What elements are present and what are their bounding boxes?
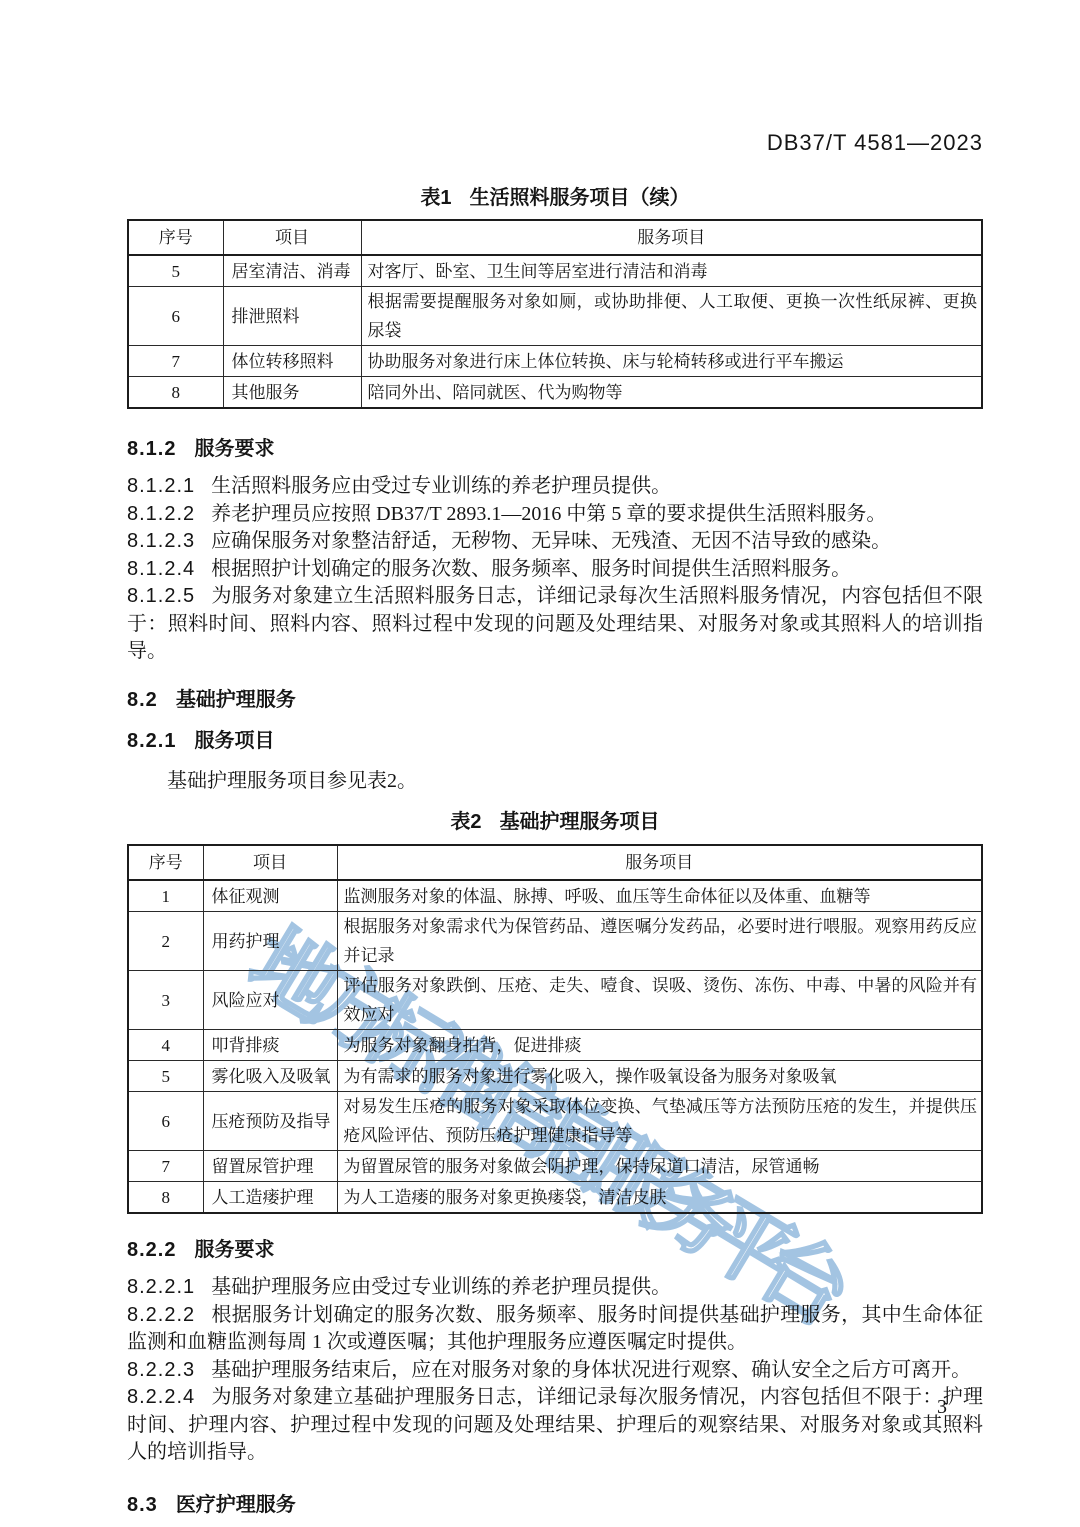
table-row: 6 排泄照料 根据需要提醒服务对象如厕，或协助排便、人工取便、更换一次性纸尿裤、… bbox=[128, 287, 982, 346]
clause-8-2-2-2: 8.2.2.2根据服务计划确定的服务次数、服务频率、服务时间提供基础护理服务，其… bbox=[127, 1302, 983, 1357]
cell-item: 体位转移照料 bbox=[223, 346, 361, 377]
heading-number: 8.2.2 bbox=[127, 1239, 176, 1261]
clause-number: 8.2.2.1 bbox=[127, 1276, 195, 1298]
cell-no: 4 bbox=[128, 1030, 203, 1061]
cell-item: 其他服务 bbox=[223, 377, 361, 409]
cell-desc: 陪同外出、陪同就医、代为购物等 bbox=[361, 377, 982, 409]
cell-item: 体征观测 bbox=[203, 880, 337, 912]
table-row: 3 风险应对 评估服务对象跌倒、压疮、走失、噎食、误吸、烫伤、冻伤、中毒、中暑的… bbox=[128, 971, 982, 1030]
heading-8-2-1: 8.2.1服务项目 bbox=[127, 729, 983, 753]
heading-title: 基础护理服务 bbox=[176, 689, 296, 711]
clause-text: 为服务对象建立基础护理服务日志，详细记录每次服务情况，内容包括但不限于：护理时间… bbox=[127, 1386, 983, 1463]
heading-title: 服务要求 bbox=[194, 1239, 274, 1261]
heading-title: 服务要求 bbox=[194, 438, 274, 460]
table-row: 1 体征观测 监测服务对象的体温、脉搏、呼吸、血压等生命体征以及体重、血糖等 bbox=[128, 880, 982, 912]
clauses-8-2-2: 8.2.2.1基础护理服务应由受过专业训练的养老护理员提供。 8.2.2.2根据… bbox=[127, 1274, 983, 1467]
clause-text: 养老护理员应按照 DB37/T 2893.1—2016 中第 5 章的要求提供生… bbox=[211, 503, 886, 525]
column-header-item: 项目 bbox=[223, 220, 361, 255]
table-row: 8 其他服务 陪同外出、陪同就医、代为购物等 bbox=[128, 377, 982, 409]
clause-text: 生活照料服务应由受过专业训练的养老护理员提供。 bbox=[211, 475, 671, 497]
cell-desc: 根据服务对象需求代为保管药品、遵医嘱分发药品，必要时进行喂服。观察用药反应并记录 bbox=[337, 912, 982, 971]
clause-8-2-2-3: 8.2.2.3基础护理服务结束后，应在对服务对象的身体状况进行观察、确认安全之后… bbox=[127, 1357, 983, 1385]
page-content: DB37/T 4581—2023 表1生活照料服务项目（续） 序号 项目 服务项… bbox=[127, 0, 983, 1517]
column-header-service: 服务项目 bbox=[361, 220, 982, 255]
clause-8-1-2-3: 8.1.2.3应确保服务对象整洁舒适，无秽物、无异味、无残渣、无因不洁导致的感染… bbox=[127, 528, 983, 556]
cell-item: 人工造瘘护理 bbox=[203, 1182, 337, 1214]
cell-item: 排泄照料 bbox=[223, 287, 361, 346]
column-header-no: 序号 bbox=[128, 220, 223, 255]
heading-8-2-2: 8.2.2服务要求 bbox=[127, 1238, 983, 1262]
heading-number: 8.3 bbox=[127, 1494, 158, 1516]
table-row: 8 人工造瘘护理 为人工造瘘的服务对象更换瘘袋，清洁皮肤 bbox=[128, 1182, 982, 1214]
cell-no: 2 bbox=[128, 912, 203, 971]
cell-no: 6 bbox=[128, 287, 223, 346]
clause-number: 8.1.2.4 bbox=[127, 558, 195, 580]
heading-number: 8.2 bbox=[127, 689, 158, 711]
heading-8-2: 8.2基础护理服务 bbox=[127, 688, 983, 712]
table2-caption-label: 表2 bbox=[450, 811, 481, 833]
clause-number: 8.2.2.4 bbox=[127, 1386, 195, 1408]
cell-no: 7 bbox=[128, 346, 223, 377]
heading-8-3: 8.3医疗护理服务 bbox=[127, 1493, 983, 1517]
cell-no: 8 bbox=[128, 1182, 203, 1214]
cell-desc: 对易发生压疮的服务对象采取体位变换、气垫减压等方法预防压疮的发生，并提供压疮风险… bbox=[337, 1092, 982, 1151]
table1-caption: 表1生活照料服务项目（续） bbox=[127, 186, 983, 210]
table-row: 2 用药护理 根据服务对象需求代为保管药品、遵医嘱分发药品，必要时进行喂服。观察… bbox=[128, 912, 982, 971]
heading-title: 医疗护理服务 bbox=[176, 1494, 296, 1516]
table-row: 7 留置尿管护理 为留置尿管的服务对象做会阴护理，保持尿道口清洁，尿管通畅 bbox=[128, 1151, 982, 1182]
column-header-item: 项目 bbox=[203, 845, 337, 880]
clause-number: 8.1.2.3 bbox=[127, 530, 195, 552]
table-header-row: 序号 项目 服务项目 bbox=[128, 845, 982, 880]
cell-item: 叩背排痰 bbox=[203, 1030, 337, 1061]
cell-desc: 为有需求的服务对象进行雾化吸入，操作吸氧设备为服务对象吸氧 bbox=[337, 1061, 982, 1092]
clause-number: 8.1.2.1 bbox=[127, 475, 195, 497]
table-row: 5 居室清洁、消毒 对客厅、卧室、卫生间等居室进行清洁和消毒 bbox=[128, 255, 982, 287]
document-page: 地方标准信息服务平台 DB37/T 4581—2023 表1生活照料服务项目（续… bbox=[0, 0, 1080, 1527]
clauses-8-1-2: 8.1.2.1生活照料服务应由受过专业训练的养老护理员提供。 8.1.2.2养老… bbox=[127, 473, 983, 666]
cell-no: 7 bbox=[128, 1151, 203, 1182]
cell-desc: 评估服务对象跌倒、压疮、走失、噎食、误吸、烫伤、冻伤、中毒、中暑的风险并有效应对 bbox=[337, 971, 982, 1030]
clause-8-1-2-1: 8.1.2.1生活照料服务应由受过专业训练的养老护理员提供。 bbox=[127, 473, 983, 501]
page-number: 3 bbox=[922, 1396, 962, 1419]
table2-caption: 表2基础护理服务项目 bbox=[127, 810, 983, 834]
cell-desc: 协助服务对象进行床上体位转换、床与轮椅转移或进行平车搬运 bbox=[361, 346, 982, 377]
table-basic-nursing-services: 序号 项目 服务项目 1 体征观测 监测服务对象的体温、脉搏、呼吸、血压等生命体… bbox=[127, 844, 983, 1214]
clause-text: 为服务对象建立生活照料服务日志，详细记录每次生活照料服务情况，内容包括但不限于：… bbox=[127, 585, 983, 662]
cell-item: 雾化吸入及吸氧 bbox=[203, 1061, 337, 1092]
cell-no: 3 bbox=[128, 971, 203, 1030]
clause-8-1-2-2: 8.1.2.2养老护理员应按照 DB37/T 2893.1—2016 中第 5 … bbox=[127, 501, 983, 529]
clause-8-1-2-5: 8.1.2.5为服务对象建立生活照料服务日志，详细记录每次生活照料服务情况，内容… bbox=[127, 583, 983, 666]
clause-number: 8.2.2.2 bbox=[127, 1304, 195, 1326]
table2-caption-title: 基础护理服务项目 bbox=[500, 811, 660, 833]
heading-number: 8.2.1 bbox=[127, 730, 176, 752]
clause-8-1-2-4: 8.1.2.4根据照护计划确定的服务次数、服务频率、服务时间提供生活照料服务。 bbox=[127, 556, 983, 584]
table1-caption-title: 生活照料服务项目（续） bbox=[470, 187, 690, 209]
heading-number: 8.1.2 bbox=[127, 438, 176, 460]
cell-desc: 根据需要提醒服务对象如厕，或协助排便、人工取便、更换一次性纸尿裤、更换尿袋 bbox=[361, 287, 982, 346]
heading-8-1-2: 8.1.2服务要求 bbox=[127, 437, 983, 461]
cell-desc: 为留置尿管的服务对象做会阴护理，保持尿道口清洁，尿管通畅 bbox=[337, 1151, 982, 1182]
cell-item: 风险应对 bbox=[203, 971, 337, 1030]
clause-8-2-2-1: 8.2.2.1基础护理服务应由受过专业训练的养老护理员提供。 bbox=[127, 1274, 983, 1302]
table-row: 5 雾化吸入及吸氧 为有需求的服务对象进行雾化吸入，操作吸氧设备为服务对象吸氧 bbox=[128, 1061, 982, 1092]
cell-no: 5 bbox=[128, 1061, 203, 1092]
table1-caption-label: 表1 bbox=[420, 187, 451, 209]
table-row: 7 体位转移照料 协助服务对象进行床上体位转换、床与轮椅转移或进行平车搬运 bbox=[128, 346, 982, 377]
cell-no: 6 bbox=[128, 1092, 203, 1151]
clause-number: 8.1.2.2 bbox=[127, 503, 195, 525]
column-header-no: 序号 bbox=[128, 845, 203, 880]
clause-text: 基础护理服务结束后，应在对服务对象的身体状况进行观察、确认安全之后方可离开。 bbox=[211, 1359, 971, 1381]
cell-desc: 对客厅、卧室、卫生间等居室进行清洁和消毒 bbox=[361, 255, 982, 287]
cell-item: 留置尿管护理 bbox=[203, 1151, 337, 1182]
table-life-care-services: 序号 项目 服务项目 5 居室清洁、消毒 对客厅、卧室、卫生间等居室进行清洁和消… bbox=[127, 219, 983, 409]
cell-no: 5 bbox=[128, 255, 223, 287]
clause-text: 根据照护计划确定的服务次数、服务频率、服务时间提供生活照料服务。 bbox=[211, 558, 851, 580]
clause-number: 8.1.2.5 bbox=[127, 585, 195, 607]
heading-title: 服务项目 bbox=[194, 730, 274, 752]
cell-desc: 监测服务对象的体温、脉搏、呼吸、血压等生命体征以及体重、血糖等 bbox=[337, 880, 982, 912]
cell-no: 1 bbox=[128, 880, 203, 912]
clause-text: 根据服务计划确定的服务次数、服务频率、服务时间提供基础护理服务，其中生命体征监测… bbox=[127, 1304, 983, 1354]
cell-item: 用药护理 bbox=[203, 912, 337, 971]
table-header-row: 序号 项目 服务项目 bbox=[128, 220, 982, 255]
table2-intro-text: 基础护理服务项目参见表2。 bbox=[127, 768, 983, 796]
clause-text: 应确保服务对象整洁舒适，无秽物、无异味、无残渣、无因不洁导致的感染。 bbox=[211, 530, 891, 552]
clause-8-2-2-4: 8.2.2.4为服务对象建立基础护理服务日志，详细记录每次服务情况，内容包括但不… bbox=[127, 1384, 983, 1467]
table-row: 4 叩背排痰 为服务对象翻身拍背，促进排痰 bbox=[128, 1030, 982, 1061]
standard-code-header: DB37/T 4581—2023 bbox=[127, 130, 983, 156]
cell-item: 压疮预防及指导 bbox=[203, 1092, 337, 1151]
table-row: 6 压疮预防及指导 对易发生压疮的服务对象采取体位变换、气垫减压等方法预防压疮的… bbox=[128, 1092, 982, 1151]
cell-desc: 为人工造瘘的服务对象更换瘘袋，清洁皮肤 bbox=[337, 1182, 982, 1214]
cell-no: 8 bbox=[128, 377, 223, 409]
cell-desc: 为服务对象翻身拍背，促进排痰 bbox=[337, 1030, 982, 1061]
clause-number: 8.2.2.3 bbox=[127, 1359, 195, 1381]
column-header-service: 服务项目 bbox=[337, 845, 982, 880]
clause-text: 基础护理服务应由受过专业训练的养老护理员提供。 bbox=[211, 1276, 671, 1298]
cell-item: 居室清洁、消毒 bbox=[223, 255, 361, 287]
